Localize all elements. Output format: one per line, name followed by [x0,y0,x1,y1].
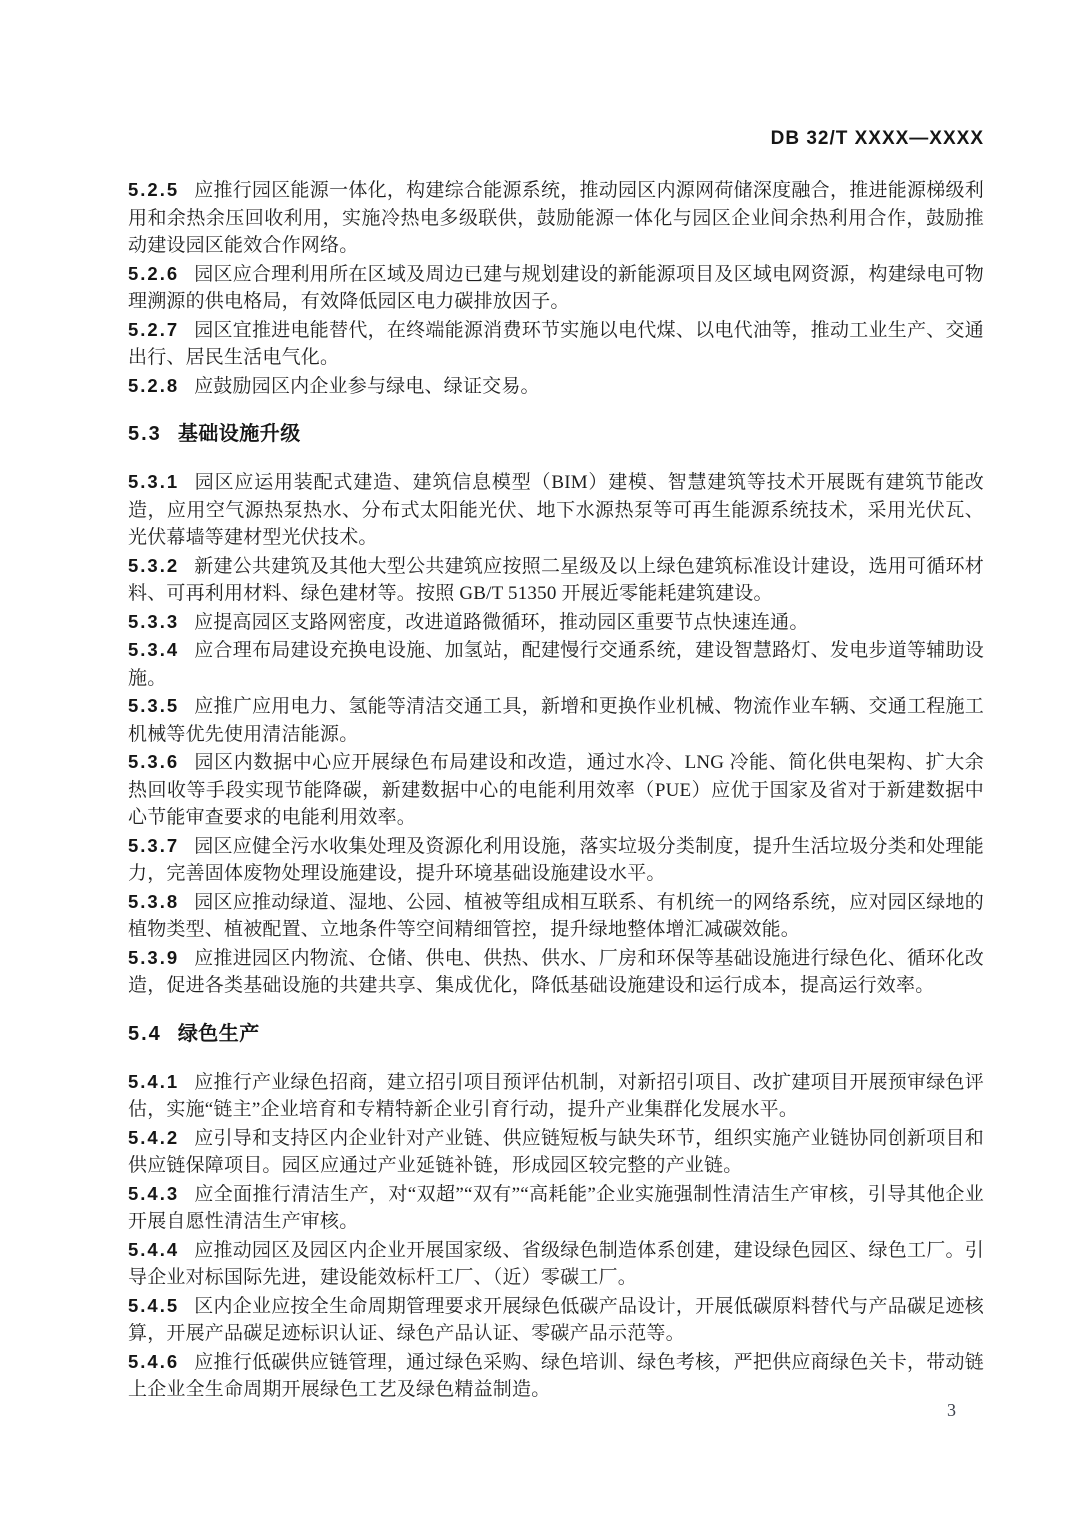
page-header: DB 32/T XXXX—XXXX [128,128,984,150]
clause-number: 5.4.1 [128,1071,179,1092]
clause-number: 5.3.6 [128,751,179,772]
clause: 5.4.4应推动园区及园区内企业开展国家级、省级绿色制造体系创建，建设绿色园区、… [128,1236,984,1292]
clause-text: 应推行产业绿色招商，建立招引项目预评估机制，对新招引项目、改扩建项目开展预审绿色… [128,1072,984,1121]
clause-number: 5.3.7 [128,835,179,856]
clause-text: 应推动园区及园区内企业开展国家级、省级绿色制造体系创建，建设绿色园区、绿色工厂。… [128,1240,984,1289]
clause-number: 5.3.5 [128,695,179,716]
doc-code: DB 32/T XXXX—XXXX [771,128,984,149]
clause-text: 应全面推行清洁生产，对“双超”“双有”“高耗能”企业实施强制性清洁生产审核，引导… [128,1184,984,1233]
clause-number: 5.3.3 [128,611,179,632]
clause-text: 园区应合理利用所在区域及周边已建与规划建设的新能源项目及区域电网资源，构建绿电可… [128,264,984,313]
clause: 5.4.1应推行产业绿色招商，建立招引项目预评估机制，对新招引项目、改扩建项目开… [128,1068,984,1124]
clause-text: 园区应运用装配式建造、建筑信息模型（BIM）建模、智慧建筑等技术开展既有建筑节能… [128,472,984,548]
clause: 5.3.7园区应健全污水收集处理及资源化利用设施，落实垃圾分类制度，提升生活垃圾… [128,832,984,888]
clause: 5.2.5应推行园区能源一体化，构建综合能源系统，推动园区内源网荷储深度融合，推… [128,176,984,260]
section-number: 5.4 [128,1023,162,1045]
clause-text: 应推行低碳供应链管理，通过绿色采购、绿色培训、绿色考核，严把供应商绿色关卡，带动… [128,1352,984,1401]
clause-number: 5.2.8 [128,375,179,396]
clause-number: 5.4.2 [128,1127,179,1148]
clause-text: 新建公共建筑及其他大型公共建筑应按照二星级及以上绿色建筑标准设计建设，选用可循环… [128,556,984,605]
clause-text: 应推行园区能源一体化，构建综合能源系统，推动园区内源网荷储深度融合，推进能源梯级… [128,180,984,256]
document-page: DB 32/T XXXX—XXXX 5.2.5应推行园区能源一体化，构建综合能源… [0,0,1080,1528]
clause-number: 5.4.6 [128,1351,179,1372]
clause: 5.3.1园区应运用装配式建造、建筑信息模型（BIM）建模、智慧建筑等技术开展既… [128,468,984,552]
clause-number: 5.4.4 [128,1239,179,1260]
clause-number: 5.3.9 [128,947,179,968]
clause-number: 5.2.7 [128,319,179,340]
clause-text: 园区应推动绿道、湿地、公园、植被等组成相互联系、有机统一的网络系统，应对园区绿地… [128,892,984,941]
clause-number: 5.3.2 [128,555,179,576]
page-footer: 3 [128,1400,984,1421]
clause: 5.2.6园区应合理利用所在区域及周边已建与规划建设的新能源项目及区域电网资源，… [128,260,984,316]
clause-text: 园区内数据中心应开展绿色布局建设和改造，通过水冷、LNG 冷能、简化供电架构、扩… [128,752,984,828]
section-heading: 5.4绿色生产 [128,1020,984,1048]
clause-number: 5.2.6 [128,263,179,284]
clause-number: 5.2.5 [128,179,179,200]
clause-text: 应引导和支持区内企业针对产业链、供应链短板与缺失环节，组织实施产业链协同创新项目… [128,1128,984,1177]
clause: 5.2.8应鼓励园区内企业参与绿电、绿证交易。 [128,372,984,401]
clause: 5.3.2新建公共建筑及其他大型公共建筑应按照二星级及以上绿色建筑标准设计建设，… [128,552,984,608]
page-number: 3 [947,1400,956,1421]
clause: 5.4.6应推行低碳供应链管理，通过绿色采购、绿色培训、绿色考核，严把供应商绿色… [128,1348,984,1404]
clause-text: 园区应健全污水收集处理及资源化利用设施，落实垃圾分类制度，提升生活垃圾分类和处理… [128,836,984,885]
section-title: 基础设施升级 [178,423,301,445]
clause-text: 应提高园区支路网密度，改进道路微循环，推动园区重要节点快速连通。 [194,612,808,633]
clause: 5.4.5区内企业应按全生命周期管理要求开展绿色低碳产品设计，开展低碳原料替代与… [128,1292,984,1348]
clause-text: 区内企业应按全生命周期管理要求开展绿色低碳产品设计，开展低碳原料替代与产品碳足迹… [128,1296,984,1345]
section-title: 绿色生产 [178,1023,260,1045]
clause-number: 5.3.8 [128,891,179,912]
clause-text: 应推广应用电力、氢能等清洁交通工具，新增和更换作业机械、物流作业车辆、交通工程施… [128,696,984,745]
clause-text: 应合理布局建设充换电设施、加氢站，配建慢行交通系统，建设智慧路灯、发电步道等辅助… [128,640,984,689]
clause-text: 应推进园区内物流、仓储、供电、供热、供水、厂房和环保等基础设施进行绿色化、循环化… [128,948,984,997]
clause: 5.4.3应全面推行清洁生产，对“双超”“双有”“高耗能”企业实施强制性清洁生产… [128,1180,984,1236]
clause: 5.4.2应引导和支持区内企业针对产业链、供应链短板与缺失环节，组织实施产业链协… [128,1124,984,1180]
clause-number: 5.3.4 [128,639,179,660]
clause: 5.3.3应提高园区支路网密度，改进道路微循环，推动园区重要节点快速连通。 [128,608,984,637]
section-heading: 5.3基础设施升级 [128,420,984,448]
clause-number: 5.4.3 [128,1183,179,1204]
clause: 5.3.5应推广应用电力、氢能等清洁交通工具，新增和更换作业机械、物流作业车辆、… [128,692,984,748]
clause: 5.3.4应合理布局建设充换电设施、加氢站，配建慢行交通系统，建设智慧路灯、发电… [128,636,984,692]
clause-text: 园区宜推进电能替代，在终端能源消费环节实施以电代煤、以电代油等，推动工业生产、交… [128,320,984,369]
clause-text: 应鼓励园区内企业参与绿电、绿证交易。 [194,376,540,397]
section-number: 5.3 [128,423,162,445]
clause-number: 5.4.5 [128,1295,179,1316]
clause: 5.3.6园区内数据中心应开展绿色布局建设和改造，通过水冷、LNG 冷能、简化供… [128,748,984,832]
clause: 5.2.7园区宜推进电能替代，在终端能源消费环节实施以电代煤、以电代油等，推动工… [128,316,984,372]
clause: 5.3.8园区应推动绿道、湿地、公园、植被等组成相互联系、有机统一的网络系统，应… [128,888,984,944]
clause-number: 5.3.1 [128,471,179,492]
clause: 5.3.9应推进园区内物流、仓储、供电、供热、供水、厂房和环保等基础设施进行绿色… [128,944,984,1000]
document-body: 5.2.5应推行园区能源一体化，构建综合能源系统，推动园区内源网荷储深度融合，推… [128,176,984,1404]
